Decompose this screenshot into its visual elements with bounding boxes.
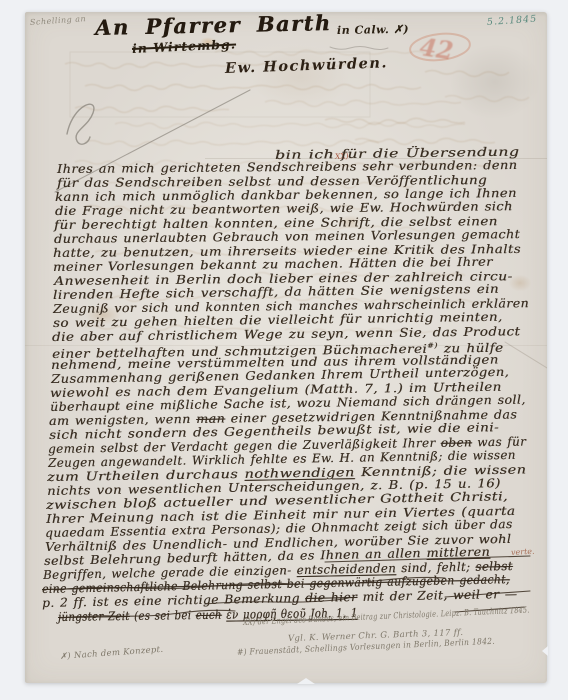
ghost-line — [75, 106, 229, 112]
red-crayon-mark: 42 — [418, 32, 455, 65]
archival-date: 5.2.1845 — [487, 14, 538, 28]
line-segment: (es sei bei — [130, 608, 196, 623]
struck-location: in Wirtembg. — [132, 36, 237, 56]
paper-notch — [542, 646, 548, 656]
ghost-line — [115, 122, 465, 128]
diagonal-crease — [505, 342, 547, 368]
ghost-line — [445, 96, 529, 102]
scan-background: Schelling an An Pfarrer Barth in Calw. ✗… — [0, 0, 568, 700]
manuscript-paper: Schelling an An Pfarrer Barth in Calw. ✗… — [25, 12, 547, 683]
line-segment: ✗) Nach dem Konzept. — [60, 645, 164, 662]
line-segment: mittleren — [426, 545, 490, 560]
pencil-underline-squiggle — [330, 47, 388, 50]
footnote-line: ✗) Nach dem Konzept. — [60, 645, 164, 662]
line-segment: die hier — [305, 590, 357, 605]
ghost-line — [325, 118, 465, 124]
line-segment: jüngster Zeit — [58, 609, 130, 624]
ghost-line — [425, 71, 509, 77]
ghost-line — [85, 140, 379, 146]
letter-addressee: An Pfarrer Barth — [95, 10, 332, 40]
line-segment: #) — [427, 342, 438, 350]
line-segment: mit der Zeit, weil er — — [357, 587, 517, 604]
letter-location: in Calw. ✗) — [337, 23, 409, 37]
line-segment: oben — [441, 435, 472, 449]
margin-note-verte: verte. — [511, 547, 535, 557]
ghost-line — [265, 100, 461, 106]
ghost-line — [85, 84, 421, 90]
line-segment: man — [196, 412, 225, 426]
pencil-attribution: Schelling an — [30, 14, 87, 27]
ghost-line — [355, 138, 495, 144]
salutation: Ew. Hochwürden. — [225, 54, 389, 77]
paper-tear — [297, 678, 315, 684]
pencil-monogram — [67, 104, 94, 144]
line-segment: euch — [196, 608, 222, 622]
